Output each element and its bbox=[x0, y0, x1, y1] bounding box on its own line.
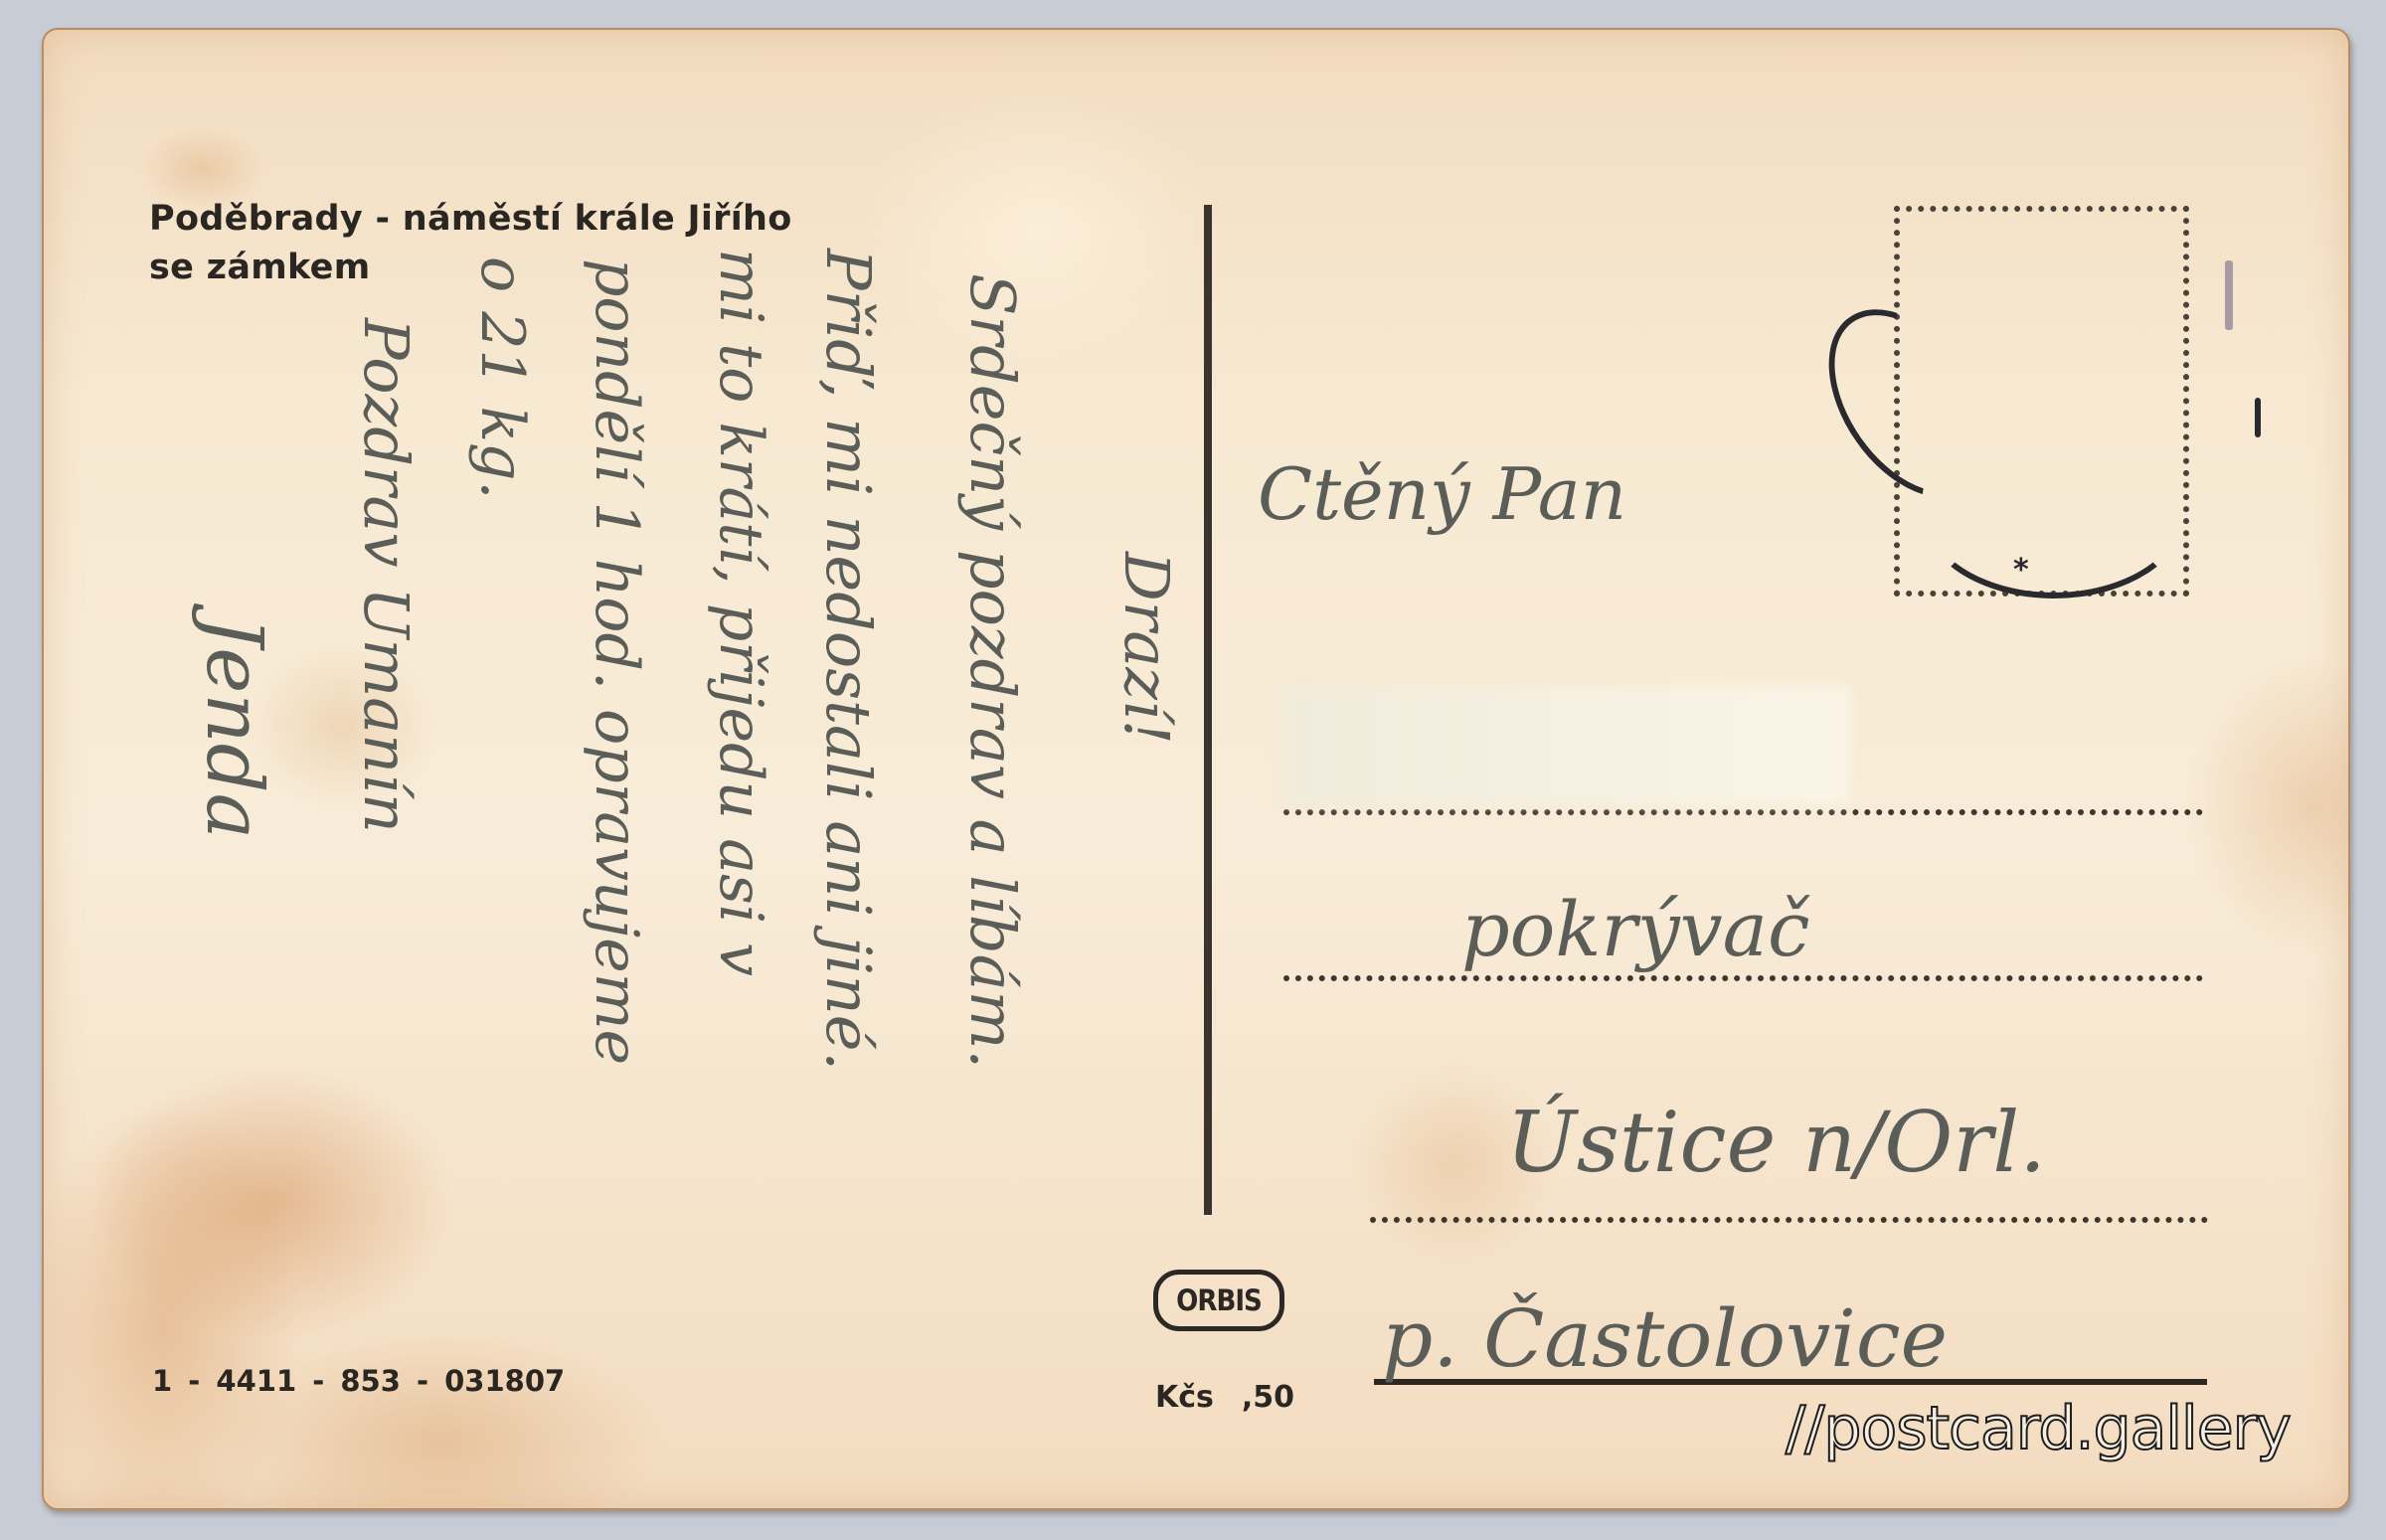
address-line-3 bbox=[1370, 1217, 2208, 1223]
publisher-logo: ORBIS bbox=[1153, 1270, 1284, 1331]
catalog-code: 1 - 4411 - 853 - 031807 bbox=[152, 1364, 565, 1398]
message-column-3: mi to krátí, přijedu asi v bbox=[706, 249, 775, 976]
address-town: Ústice n/Orl. bbox=[1506, 1094, 2046, 1191]
postmark-arc-bottom bbox=[1919, 418, 2189, 599]
message-salutation: Drazí! bbox=[1110, 552, 1183, 745]
address-line-1 bbox=[1283, 809, 2203, 815]
postmark-fragment bbox=[2225, 260, 2233, 330]
message-column-1: Srdečný pozdrav a líbám. bbox=[956, 273, 1029, 1069]
price-label: Kčs,50 bbox=[1155, 1380, 1294, 1415]
caption-line-1: Poděbrady - náměstí krále Jiřího bbox=[149, 195, 792, 244]
price-currency: Kčs bbox=[1155, 1380, 1214, 1415]
message-column-4: pondělí 1 hod. opravujeme bbox=[582, 258, 651, 1065]
postmark-fragment bbox=[2255, 398, 2261, 437]
message-column-5: o 21 kg. bbox=[467, 257, 537, 499]
message-greeting: Pozdrav Umanín bbox=[350, 318, 423, 833]
address-post-office: p. Častolovice bbox=[1382, 1292, 1948, 1385]
address-redacted-name bbox=[1282, 686, 1849, 805]
message-column-2: Přiď, mi nedostali ani jiné. bbox=[812, 249, 885, 1071]
message-address-divider bbox=[1204, 205, 1212, 1215]
address-line-2 bbox=[1283, 975, 2203, 981]
watermark-text: //postcard.gallery bbox=[1786, 1394, 2291, 1463]
message-signature: Jenda bbox=[189, 616, 278, 839]
address-occupation: pokrývač bbox=[1461, 885, 1810, 973]
price-value: ,50 bbox=[1242, 1380, 1294, 1415]
postmark-star-icon: * bbox=[2013, 553, 2029, 588]
address-recipient-title: Ctěný Pan bbox=[1258, 452, 1626, 536]
